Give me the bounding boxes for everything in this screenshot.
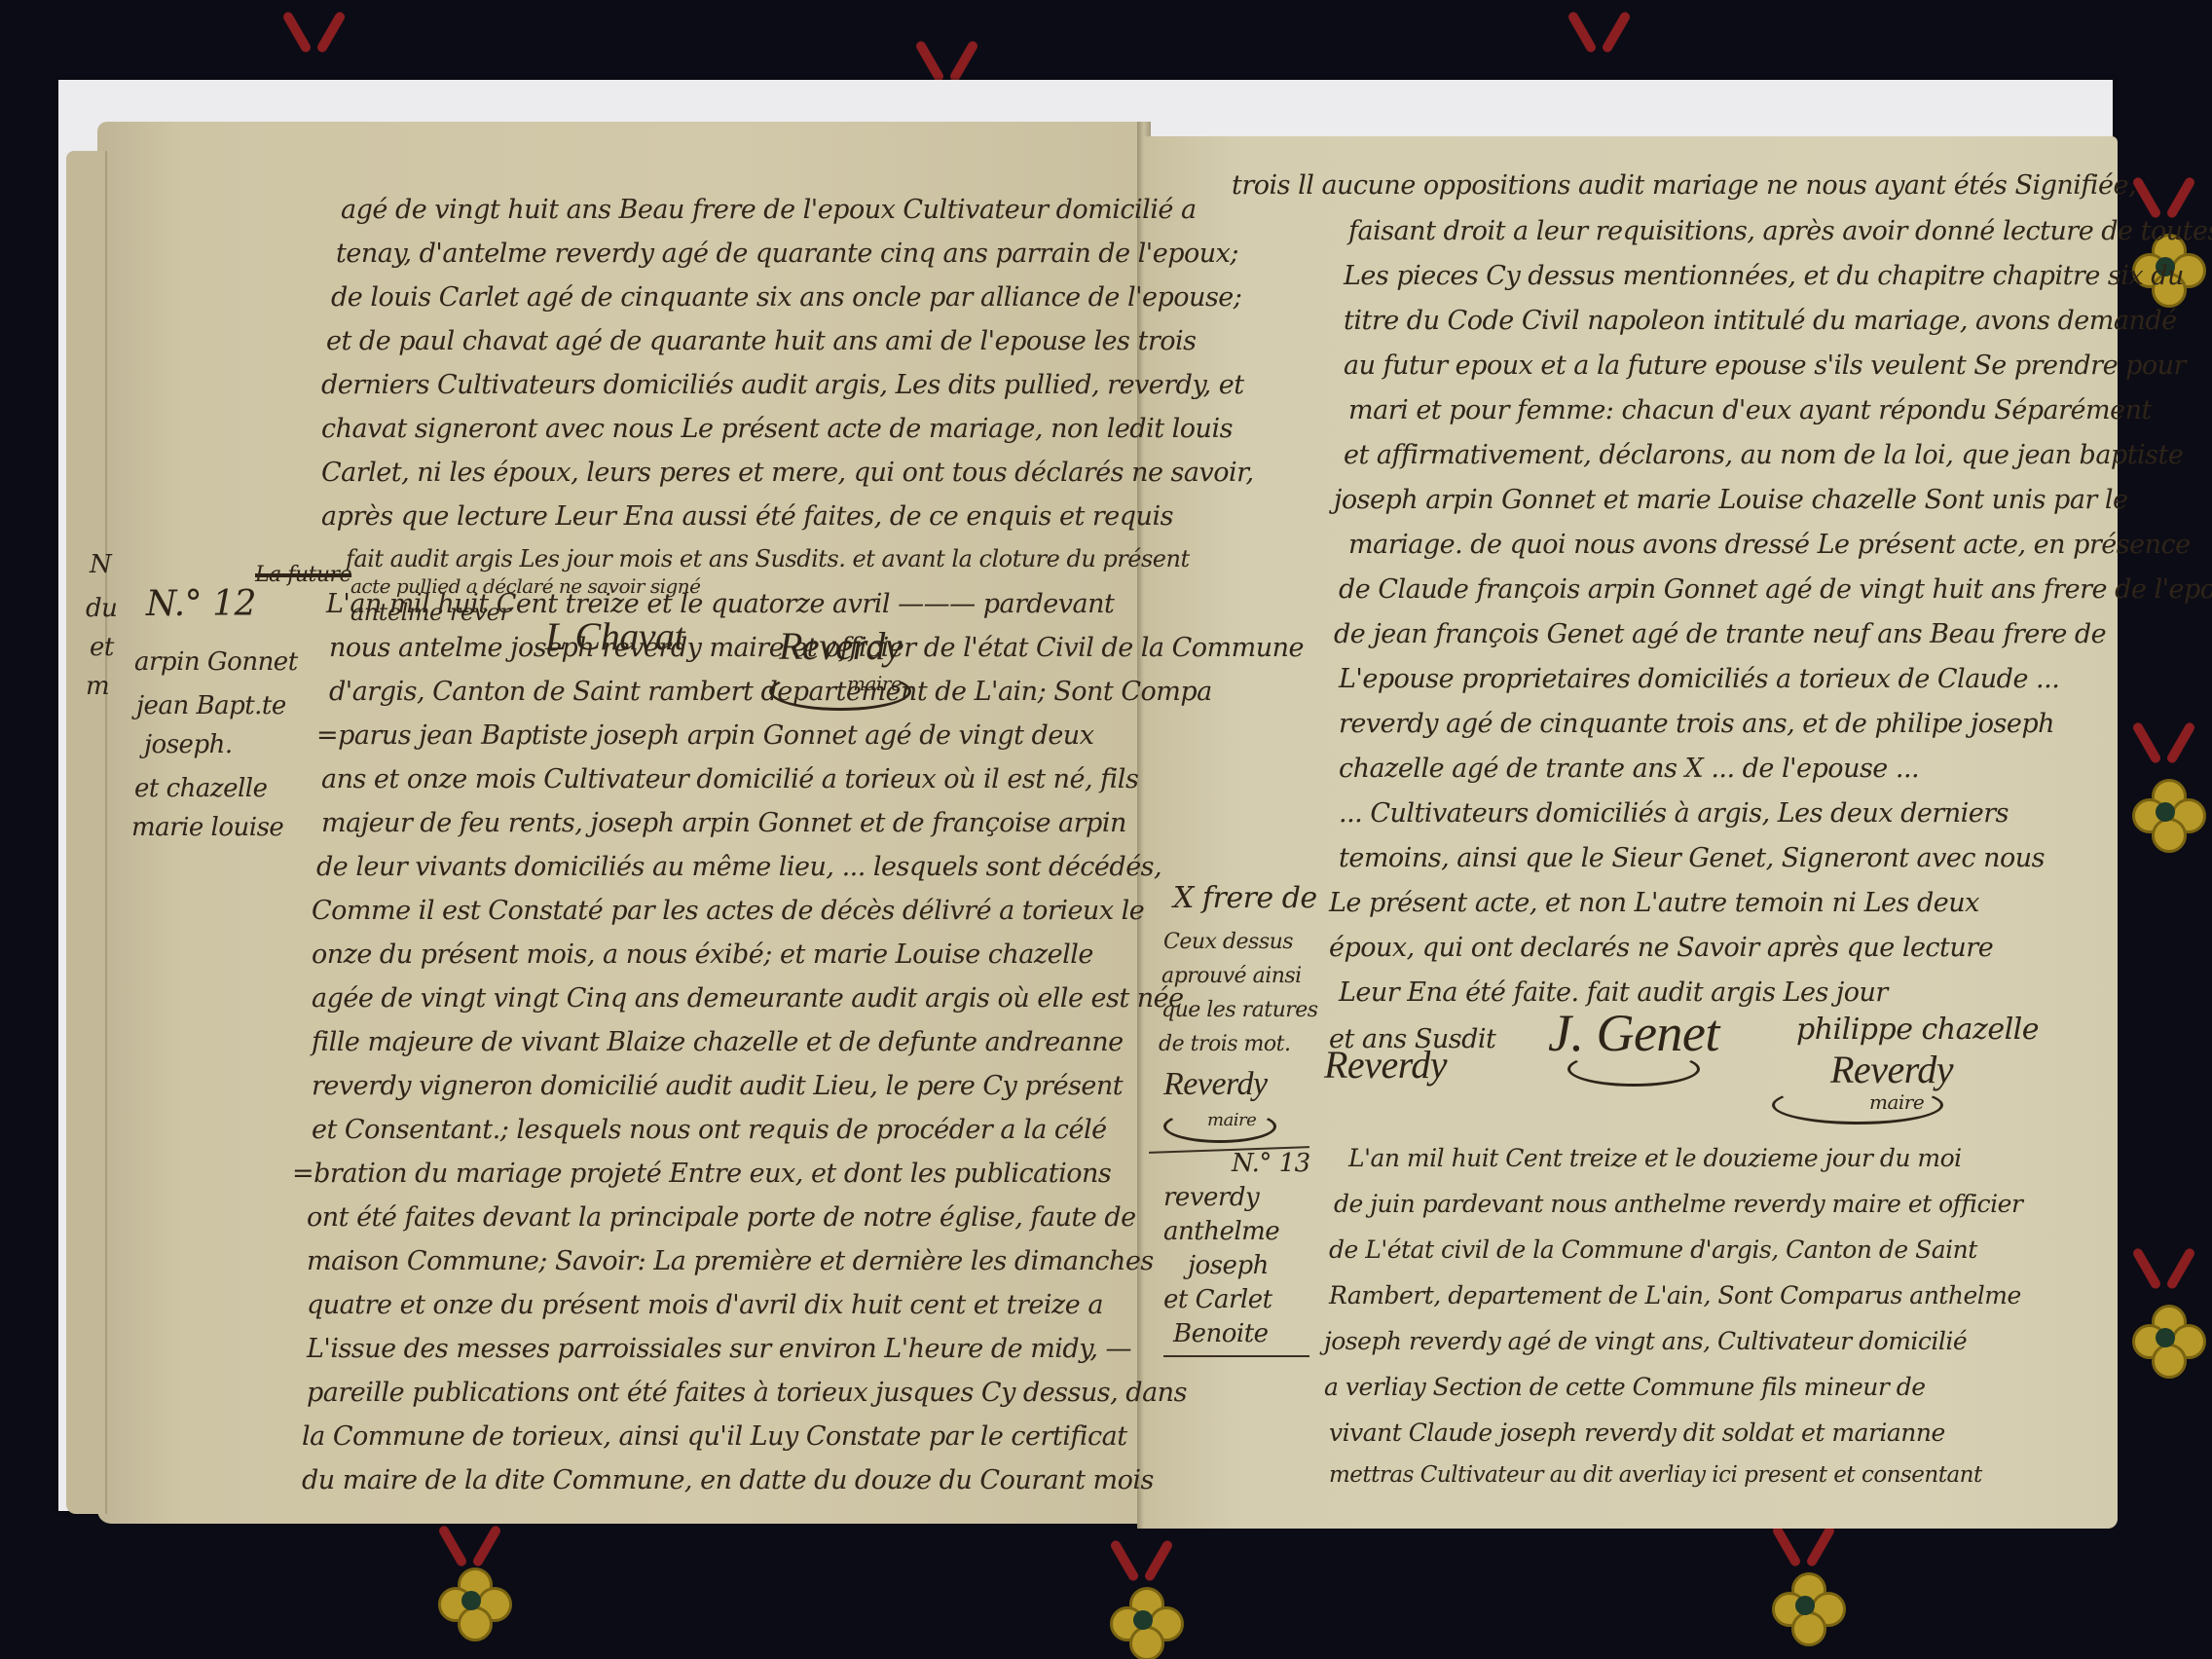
right-page [1144, 136, 2118, 1529]
text-line: époux, qui ont declarés ne Savoir après … [1329, 933, 1993, 963]
margin-name: joseph. [144, 730, 233, 759]
text-line: Rambert, departement de L'ain, Sont Comp… [1329, 1281, 2021, 1309]
text-line: chazelle agé de trante ans X ... de l'ep… [1339, 754, 1919, 784]
mayor-title: maire [1869, 1090, 1924, 1114]
text-line: joseph reverdy agé de vingt ans, Cultiva… [1324, 1327, 1967, 1355]
text-line: temoins, ainsi que le Sieur Genet, Signe… [1339, 843, 2045, 873]
text-line: après que lecture Leur Ena aussi été fai… [321, 501, 1173, 532]
text-line: =bration du mariage projeté Entre eux, e… [292, 1159, 1111, 1189]
margin-note-line: aprouvé ainsi [1161, 964, 1302, 988]
margin-fragment: m [86, 672, 109, 701]
margin-name: et chazelle [134, 774, 268, 803]
margin-note-line: X frere de [1173, 881, 1317, 915]
text-line: L'an mil huit Cent treize et le douzieme… [1348, 1144, 1962, 1172]
flower-icon [1110, 1587, 1178, 1655]
text-line: la Commune de torieux, ainsi qu'il Luy C… [302, 1421, 1127, 1452]
act-number: N.° 12 [146, 584, 256, 624]
flower-icon [2132, 1305, 2200, 1373]
margin-name: joseph [1188, 1251, 1269, 1280]
text-line: quatre et onze du présent mois d'avril d… [307, 1290, 1103, 1320]
text-line: tenay, d'antelme reverdy agé de quarante… [336, 239, 1238, 269]
text-line: faisant droit a leur requisitions, après… [1348, 216, 2212, 246]
struck-word: La future [255, 563, 351, 587]
text-line: derniers Cultivateurs domiciliés audit a… [321, 370, 1244, 400]
text-line: de leur vivants domiciliés au même lieu,… [316, 852, 1161, 882]
text-line: mari et pour femme: chacun d'eux ayant r… [1348, 395, 2152, 425]
text-line: au futur epoux et a la future epouse s'i… [1344, 350, 2186, 381]
margin-name: marie louise [131, 813, 283, 842]
margin-name: Benoite [1173, 1319, 1269, 1348]
text-line: L'issue des messes parroissiales sur env… [307, 1334, 1131, 1364]
closing-line: fait audit argis Les jour mois et ans Su… [346, 545, 1190, 572]
text-line: reverdy vigneron domicilié audit audit L… [312, 1071, 1123, 1101]
mayor-title: maire [1207, 1110, 1256, 1130]
text-line: onze du présent mois, a nous éxibé; et m… [312, 940, 1093, 970]
signature-flourish [1567, 1051, 1700, 1087]
text-line: trois ll aucune oppositions audit mariag… [1232, 170, 2136, 201]
text-line: L'epouse proprietaires domiciliés a tori… [1339, 664, 2059, 694]
margin-name: jean Bapt.te [136, 691, 286, 720]
text-line: et de paul chavat agé de quarante huit a… [326, 326, 1196, 356]
text-line: reverdy agé de cinquante trois ans, et d… [1339, 709, 2054, 739]
margin-note-line: Ceux dessus [1163, 930, 1293, 954]
text-line: ont été faites devant la principale port… [307, 1202, 1136, 1233]
text-line: vivant Claude joseph reverdy dit soldat … [1329, 1419, 1945, 1447]
text-line: ans et onze mois Cultivateur domicilié a… [321, 764, 1138, 794]
text-line: du maire de la dite Commune, en datte du… [302, 1465, 1154, 1495]
text-line: de jean françois Genet agé de trante neu… [1334, 619, 2106, 649]
text-line: d'argis, Canton de Saint rambert departe… [329, 677, 1212, 707]
text-line: Carlet, ni les époux, leurs peres et mer… [321, 458, 1254, 488]
flower-icon [438, 1567, 506, 1636]
text-line: majeur de feu rents, joseph arpin Gonnet… [321, 808, 1126, 838]
text-line: Le présent acte, et non L'autre temoin n… [1329, 888, 1979, 918]
text-line: L'an mil huit Cent treize et le quatorze… [326, 589, 1114, 619]
flower-icon [1772, 1572, 1840, 1641]
text-line: de Claude françois arpin Gonnet agé de v… [1339, 574, 2212, 605]
margin-name: reverdy [1163, 1183, 1259, 1212]
text-line: =parus jean Baptiste joseph arpin Gonnet… [316, 720, 1093, 751]
margin-note-line: que les ratures [1161, 998, 1318, 1022]
margin-fragment: N [90, 550, 111, 579]
text-line: de L'état civil de la Commune d'argis, C… [1329, 1235, 1977, 1264]
text-line: et Consentant.; lesquels nous ont requis… [312, 1115, 1107, 1145]
flower-icon [2132, 779, 2200, 847]
text-line: nous antelme joseph reverdy maire et off… [329, 633, 1304, 663]
text-line: Les pieces Cy dessus mentionnées, et du … [1344, 261, 2184, 291]
text-line: Comme il est Constaté par les actes de d… [312, 896, 1144, 926]
margin-note-line: de trois mot. [1159, 1032, 1290, 1056]
margin-name: et Carlet [1163, 1285, 1272, 1314]
signature-reverdy: Reverdy [1163, 1066, 1268, 1103]
text-line: fille majeure de vivant Blaize chazelle … [312, 1027, 1124, 1057]
divider-line [1163, 1355, 1309, 1357]
text-line: ... Cultivateurs domiciliés à argis, Les… [1339, 798, 2009, 829]
signature-chazelle: philippe chazelle [1796, 1013, 2039, 1047]
signature-reverdy: Reverdy [1324, 1042, 1447, 1088]
text-line: agée de vingt vingt Cinq ans demeurante … [312, 983, 1184, 1014]
text-line: mariage. de quoi nous avons dressé Le pr… [1348, 530, 2191, 560]
text-line: et affirmativement, déclarons, au nom de… [1344, 440, 2183, 470]
margin-fragment: et [90, 633, 114, 662]
text-line: a verliay Section de cette Commune fils … [1324, 1373, 1926, 1401]
text-line: pareille publications ont été faites à t… [307, 1378, 1187, 1408]
text-line: de juin pardevant nous anthelme reverdy … [1334, 1190, 2022, 1218]
act-number: N.° 13 [1232, 1149, 1310, 1178]
margin-fragment: du [86, 594, 117, 623]
page-stack-edge [66, 151, 107, 1514]
text-line: mettras Cultivateur au dit averliay ici … [1329, 1462, 1982, 1488]
text-line: titre du Code Civil napoleon intitulé du… [1344, 306, 2177, 336]
text-line: chavat signeront avec nous Le présent ac… [321, 414, 1233, 444]
text-line: joseph arpin Gonnet et marie Louise chaz… [1334, 485, 2128, 515]
text-line: de louis Carlet agé de cinquante six ans… [331, 282, 1241, 313]
margin-name: anthelme [1163, 1217, 1279, 1246]
text-line: maison Commune; Savoir: La première et d… [307, 1246, 1154, 1276]
margin-name: arpin Gonnet [134, 647, 298, 677]
text-line: agé de vingt huit ans Beau frere de l'ep… [341, 195, 1197, 225]
